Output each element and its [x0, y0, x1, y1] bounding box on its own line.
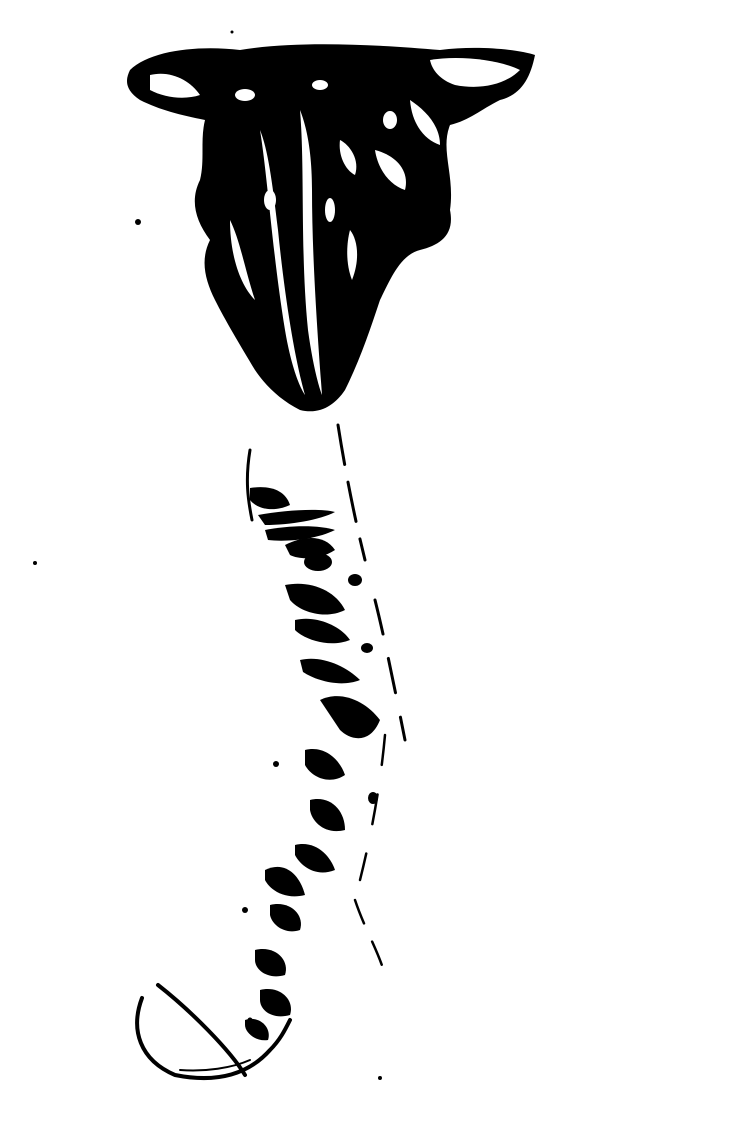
- radish-drawing: [0, 0, 754, 1126]
- radish-leaves: [127, 44, 535, 411]
- root-texture: [242, 487, 380, 1040]
- radish-illustration: [0, 0, 754, 1126]
